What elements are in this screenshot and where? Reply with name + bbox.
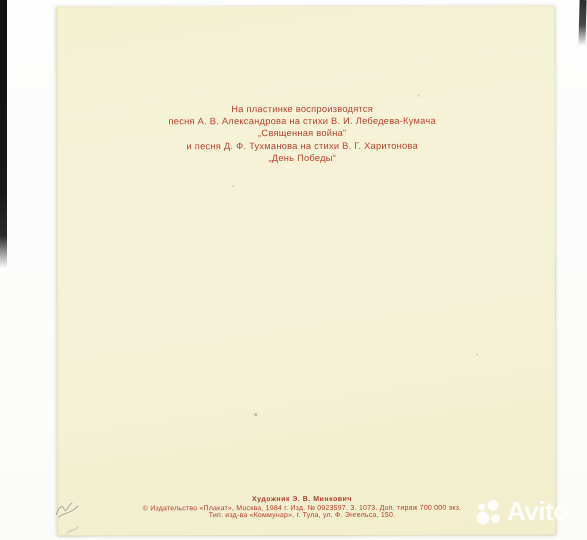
announcement-line: На пластинке воспроизводятся [58, 102, 547, 115]
record-announcement-text: На пластинке воспроизводятся песня А. В.… [58, 102, 547, 164]
dust-speck [418, 95, 420, 97]
announcement-line: песня А. В. Александрова на стихи В. И. … [58, 115, 547, 128]
photo-edge-dark-mark [578, 0, 586, 46]
dust-speck [254, 413, 257, 416]
dust-speck [232, 185, 234, 187]
artist-credit-line: Художник Э. В. Минкович [58, 496, 545, 504]
song-title-victory-day: „День Победы“ [58, 151, 547, 164]
photo-edge-dark-strip [0, 0, 7, 268]
listing-photo: На пластинке воспроизводятся песня А. В.… [0, 0, 587, 540]
printer-credit-line: Тип. изд-ва «Коммунар», г. Тула, ул. Ф. … [59, 511, 546, 519]
publisher-credits: Художник Э. В. Минкович © Издательство «… [58, 496, 545, 520]
pen-mark [66, 526, 80, 536]
record-sleeve-back: На пластинке воспроизводятся песня А. В.… [55, 5, 556, 536]
pen-mark [54, 498, 82, 520]
song-title-sacred-war: „Священная война“ [58, 127, 547, 140]
announcement-line: и песня Д. Ф. Тухманова на стихи В. Г. Х… [58, 139, 547, 152]
dust-speck [476, 354, 478, 356]
